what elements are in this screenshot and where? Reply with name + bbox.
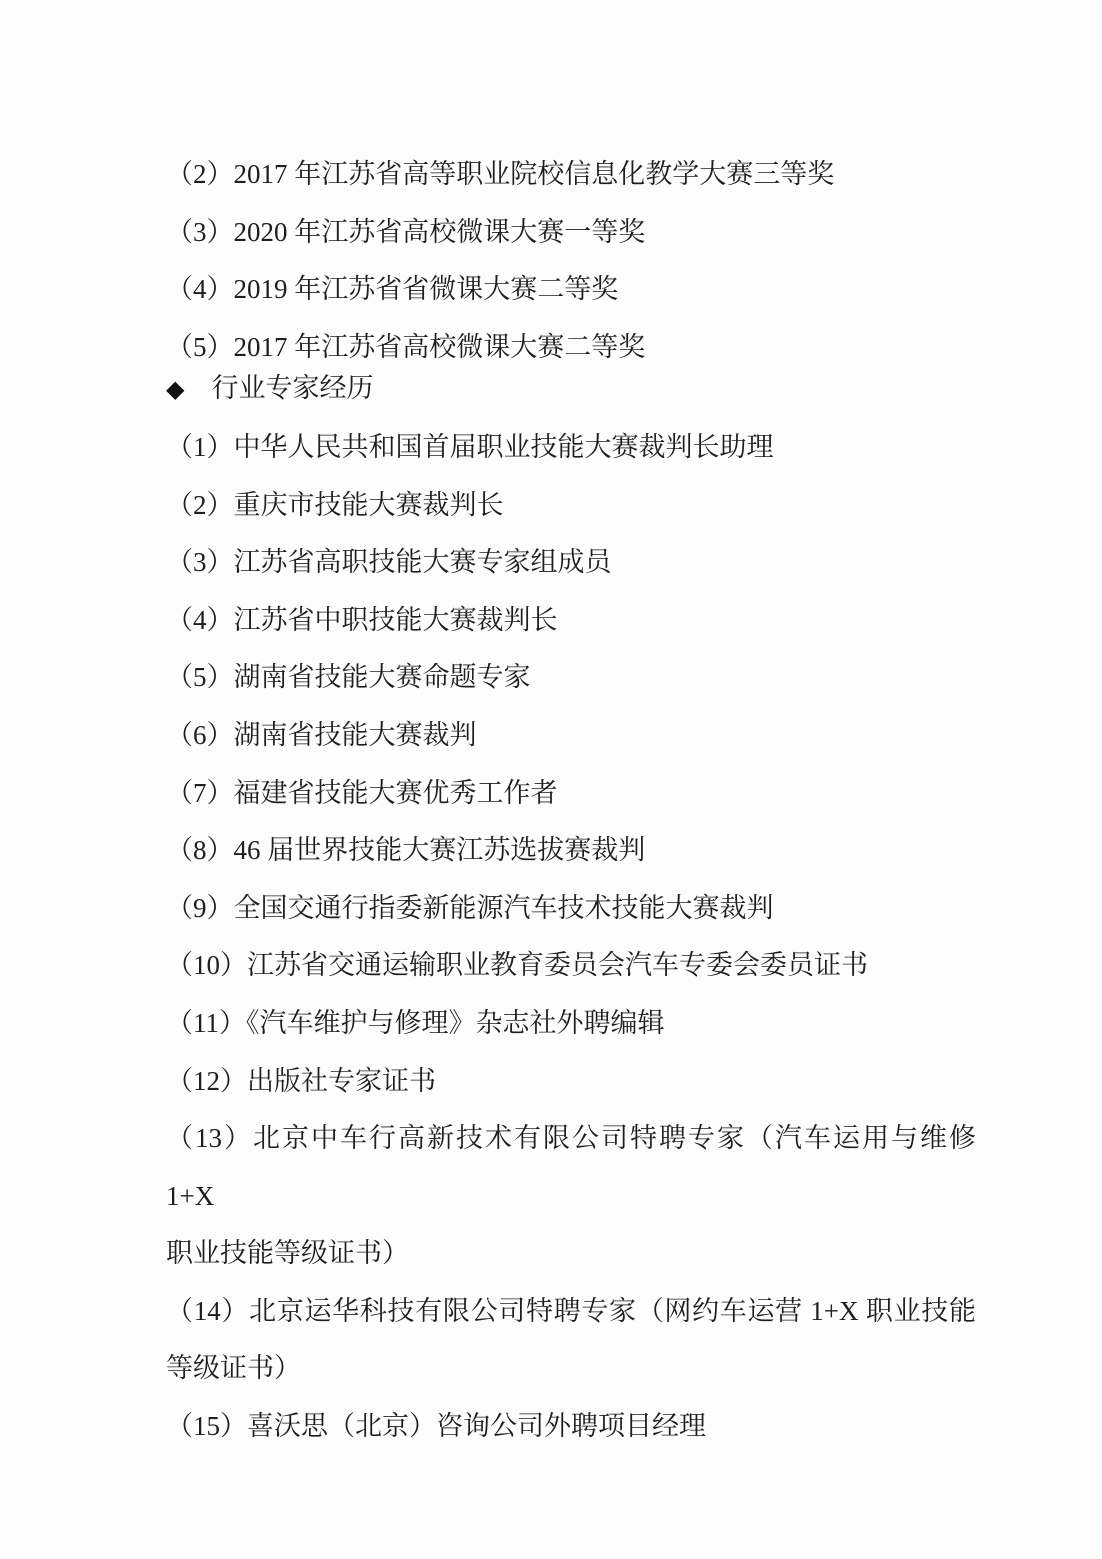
diamond-bullet-icon: ◆	[166, 361, 184, 419]
list-item: （1）中华人民共和国首届职业技能大赛裁判长助理	[166, 419, 976, 477]
list-item: （10）江苏省交通运输职业教育委员会汽车专委会委员证书	[166, 937, 976, 995]
list-item: （3）2020 年江苏省高校微课大赛一等奖	[166, 204, 976, 262]
list-item: （2）重庆市技能大赛裁判长	[166, 477, 976, 535]
list-item-line: （7）福建省技能大赛优秀工作者	[166, 765, 976, 823]
list-item: （13）北京中车行高新技术有限公司特聘专家（汽车运用与维修 1+X职业技能等级证…	[166, 1110, 976, 1283]
list-item: （4）江苏省中职技能大赛裁判长	[166, 592, 976, 650]
list-item: （8）46 届世界技能大赛江苏选拔赛裁判	[166, 822, 976, 880]
list-item: （7）福建省技能大赛优秀工作者	[166, 765, 976, 823]
list-item: （2）2017 年江苏省高等职业院校信息化教学大赛三等奖	[166, 146, 976, 204]
list-item: （3）江苏省高职技能大赛专家组成员	[166, 534, 976, 592]
list-item-line: （4）2019 年江苏省省微课大赛二等奖	[166, 261, 976, 319]
list-item-line: （13）北京中车行高新技术有限公司特聘专家（汽车运用与维修 1+X	[166, 1110, 976, 1225]
list-item-line: （3）江苏省高职技能大赛专家组成员	[166, 534, 976, 592]
list-item-line: （11）《汽车维护与修理》杂志社外聘编辑	[166, 995, 976, 1053]
list-item: （12）出版社专家证书	[166, 1053, 976, 1111]
awards-list: （2）2017 年江苏省高等职业院校信息化教学大赛三等奖（3）2020 年江苏省…	[166, 146, 976, 376]
list-item-line: （10）江苏省交通运输职业教育委员会汽车专委会委员证书	[166, 937, 976, 995]
list-item-line: （5）湖南省技能大赛命题专家	[166, 649, 976, 707]
list-item: （11）《汽车维护与修理》杂志社外聘编辑	[166, 995, 976, 1053]
list-item-line: （9）全国交通行指委新能源汽车技术技能大赛裁判	[166, 880, 976, 938]
list-item: （5）湖南省技能大赛命题专家	[166, 649, 976, 707]
list-item-line: 等级证书）	[166, 1340, 976, 1398]
section-heading-label: 行业专家经历	[211, 360, 373, 418]
list-item-line: （14）北京运华科技有限公司特聘专家（网约车运营 1+X 职业技能	[166, 1283, 976, 1341]
list-item-line: （2）重庆市技能大赛裁判长	[166, 477, 976, 535]
expert-experience-list: （1）中华人民共和国首届职业技能大赛裁判长助理（2）重庆市技能大赛裁判长（3）江…	[166, 419, 976, 1456]
list-item-line: （8）46 届世界技能大赛江苏选拔赛裁判	[166, 822, 976, 880]
list-item-line: （12）出版社专家证书	[166, 1053, 976, 1111]
list-item-line: （3）2020 年江苏省高校微课大赛一等奖	[166, 204, 976, 262]
list-item-line: 职业技能等级证书）	[166, 1225, 976, 1283]
list-item-line: （1）中华人民共和国首届职业技能大赛裁判长助理	[166, 419, 976, 477]
list-item-line: （6）湖南省技能大赛裁判	[166, 707, 976, 765]
list-item: （6）湖南省技能大赛裁判	[166, 707, 976, 765]
list-item: （9）全国交通行指委新能源汽车技术技能大赛裁判	[166, 880, 976, 938]
list-item: （14）北京运华科技有限公司特聘专家（网约车运营 1+X 职业技能等级证书）	[166, 1283, 976, 1398]
list-item-line: （2）2017 年江苏省高等职业院校信息化教学大赛三等奖	[166, 146, 976, 204]
list-item-line: （4）江苏省中职技能大赛裁判长	[166, 592, 976, 650]
list-item-line: （15）喜沃思（北京）咨询公司外聘项目经理	[166, 1398, 976, 1456]
list-item: （15）喜沃思（北京）咨询公司外聘项目经理	[166, 1398, 976, 1456]
document-page: （2）2017 年江苏省高等职业院校信息化教学大赛三等奖（3）2020 年江苏省…	[0, 0, 1102, 1559]
list-item: （4）2019 年江苏省省微课大赛二等奖	[166, 261, 976, 319]
